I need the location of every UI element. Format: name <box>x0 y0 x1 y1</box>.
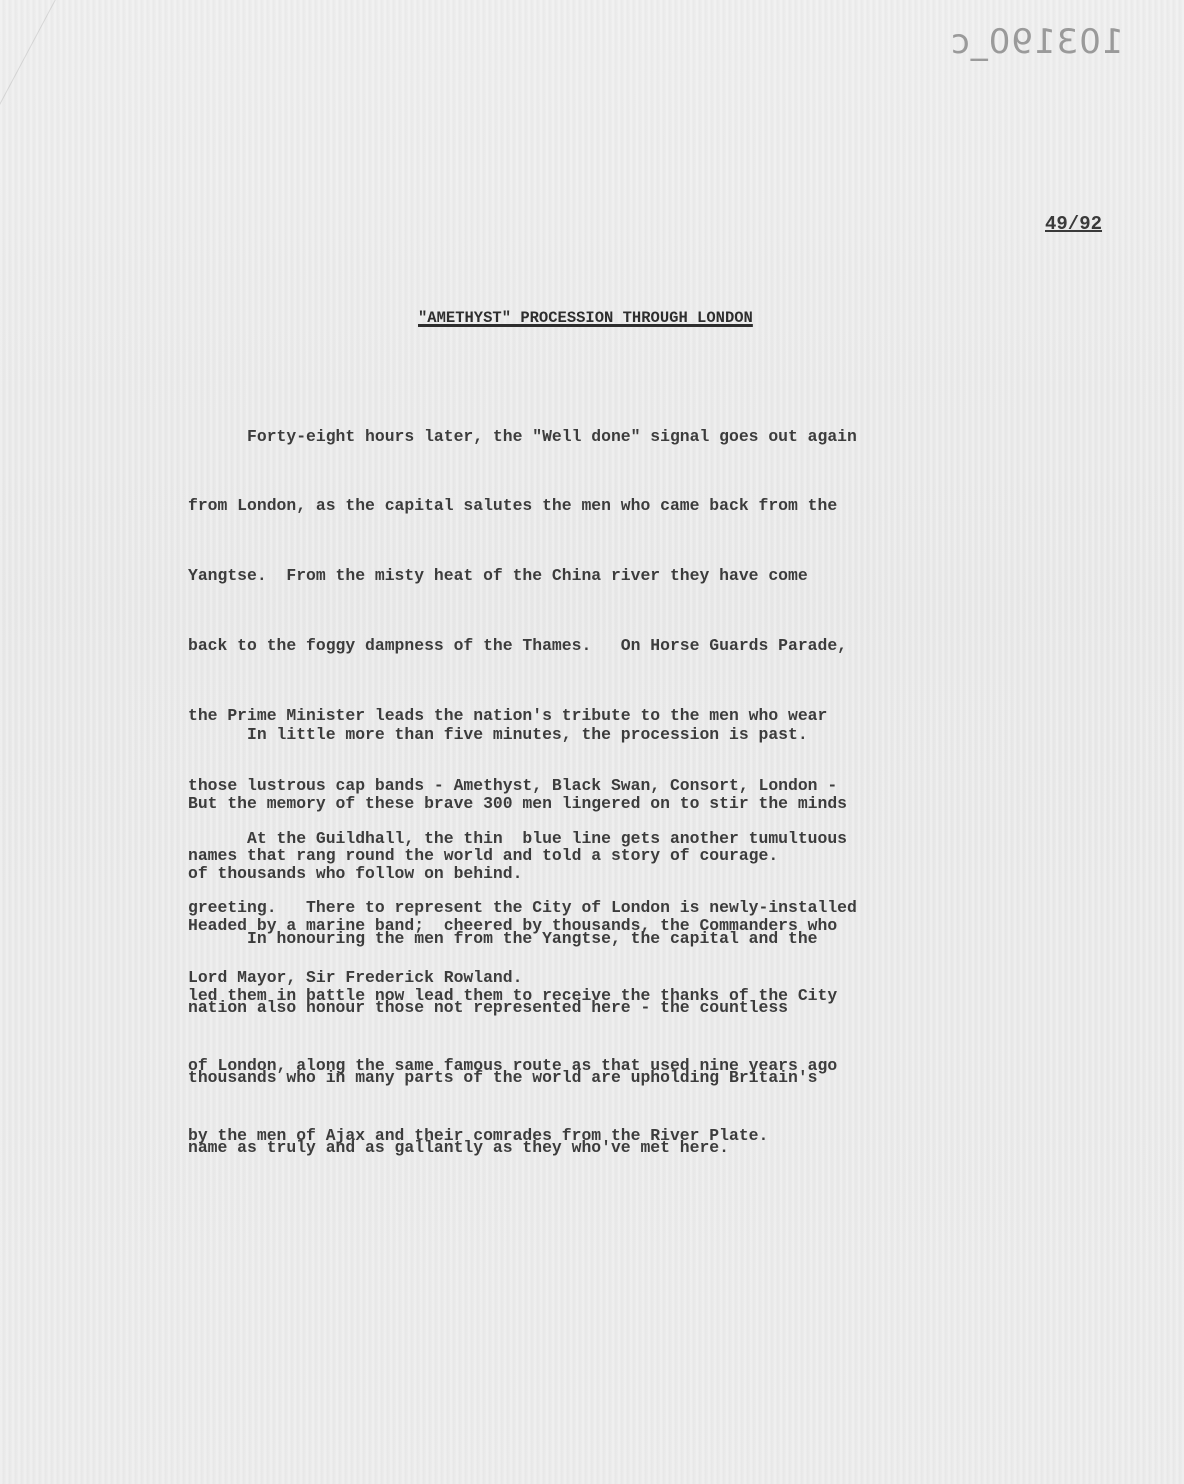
text-line: Forty-eight hours later, the "Well done"… <box>188 425 1068 448</box>
text-line: At the Guildhall, the thin blue line get… <box>188 827 1068 850</box>
text-line: nation also honour those not represented… <box>188 996 1068 1019</box>
text-line: Yangtse. From the misty heat of the Chin… <box>188 564 1068 587</box>
paragraph-4: In honouring the men from the Yangtse, t… <box>188 880 1068 1206</box>
text-line: name as truly and as gallantly as they w… <box>188 1136 1068 1159</box>
text-line: thousands who in many parts of the world… <box>188 1066 1068 1089</box>
paper-crease <box>0 0 61 114</box>
document-page: 103190_c 49/92 "AMETHYST" PROCESSION THR… <box>0 0 1184 1484</box>
text-line: back to the foggy dampness of the Thames… <box>188 634 1068 657</box>
reference-number: 49/92 <box>1045 213 1102 235</box>
archive-stamp-number: 103190_c <box>950 22 1123 62</box>
text-line: from London, as the capital salutes the … <box>188 494 1068 517</box>
text-line: In honouring the men from the Yangtse, t… <box>188 927 1068 950</box>
text-line: In little more than five minutes, the pr… <box>188 723 1068 746</box>
document-title: "AMETHYST" PROCESSION THROUGH LONDON <box>418 309 753 327</box>
